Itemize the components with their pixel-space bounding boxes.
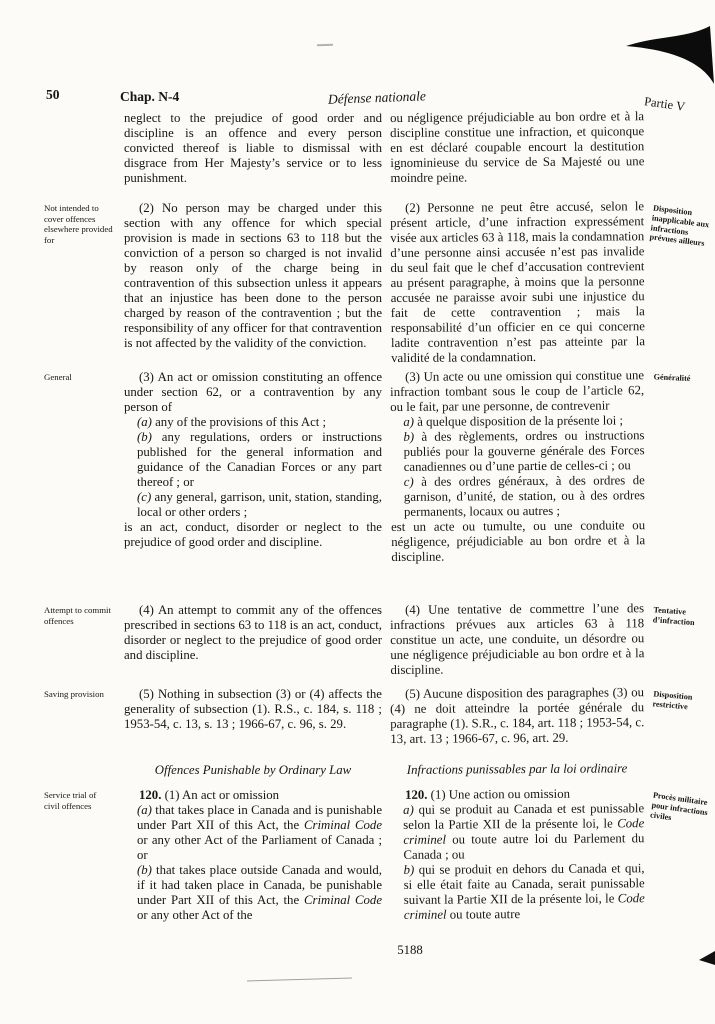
scan-line-artifact — [247, 978, 352, 982]
clause-b-fr: b) à des règlements, ordres ou instructi… — [390, 428, 644, 475]
paragraph-en: (4) An attempt to commit any of the offe… — [124, 603, 382, 663]
clause-marker: b) — [404, 863, 415, 877]
clause-marker: (a) — [137, 803, 152, 817]
scan-dash-artifact — [317, 44, 333, 47]
clause-a-fr: a) à quelque disposition de la présente … — [390, 413, 644, 430]
margin-note-right — [650, 111, 712, 186]
clause-b-fr: b) qui se produit en dehors du Canada et… — [391, 861, 645, 923]
margin-note-left: Not intended to cover offences elsewhere… — [44, 201, 124, 366]
clause-text: or any other Act of the Parliament of Ca… — [137, 833, 382, 862]
crossheading-fr: Infractions punissables par la loi ordin… — [390, 761, 644, 778]
header-chapter: Chap. N-4 — [120, 89, 179, 105]
margin-note-left: Saving provision — [44, 687, 124, 747]
section-lead-text: (1) An act or omission — [165, 788, 279, 802]
cited-act-title: Criminal Code — [304, 893, 382, 907]
clause-a-en: (a) that takes place in Canada and is pu… — [124, 803, 382, 863]
section-number: 120. — [139, 788, 161, 802]
crossheading-en: Offences Punishable by Ordinary Law — [124, 763, 382, 778]
paragraph-fr: (2) Personne ne peut être accusé, selon … — [390, 199, 645, 366]
clause-b-en: (b) that takes place outside Canada and … — [124, 863, 382, 923]
scanned-statute-page: 50 Chap. N-4 Défense nationale Partie V … — [0, 0, 715, 1024]
subsection-2: Not intended to cover offences elsewhere… — [44, 201, 712, 366]
clause-b-en: (b) any regulations, orders or instructi… — [124, 430, 382, 490]
paragraph-en: (2) No person may be charged under this … — [124, 201, 382, 351]
clause-text: ou toute autre — [450, 907, 520, 921]
clause-text: à quelque disposition de la présente loi… — [417, 413, 623, 428]
clause-marker: c) — [404, 475, 414, 489]
clause-a-en: (a) any of the provisions of this Act ; — [124, 415, 382, 430]
clause-text: any general, garrison, unit, station, st… — [137, 490, 382, 519]
section-lead-text: (1) Une action ou omission — [431, 787, 570, 802]
section-number: 120. — [405, 788, 428, 802]
crossheading: Offences Punishable by Ordinary Law Infr… — [44, 763, 712, 778]
document-body: neglect to the prejudice of good order a… — [44, 111, 712, 923]
clause-a-fr: a) qui se produit au Canada et est punis… — [390, 801, 644, 863]
margin-note-right: Tentative d’infraction — [645, 603, 712, 682]
subsection-3: General (3) An act or omission constitut… — [44, 370, 712, 565]
section-lead-fr: 120. (1) Une action ou omission — [390, 786, 644, 803]
margin-note-left — [44, 111, 124, 186]
paragraph-fr-intro: (3) Un acte ou une omission qui constitu… — [390, 368, 644, 415]
scan-edge-mark — [699, 951, 715, 965]
subsection-5: Saving provision (5) Nothing in subsecti… — [44, 687, 712, 747]
paragraph-en: (5) Nothing in subsection (3) or (4) aff… — [124, 687, 382, 732]
margin-note-left: Attempt to commit offences — [44, 603, 124, 678]
paragraph-fr: ou négligence préjudiciable au bon ordre… — [390, 109, 645, 186]
clause-c-en: (c) any general, garrison, unit, station… — [124, 490, 382, 520]
margin-note-left: Service trial of civil offences — [44, 788, 124, 923]
scan-corner-fold-mark — [618, 22, 715, 106]
clause-marker: (b) — [137, 863, 152, 877]
paragraph-fr-outro: est un acte ou tumulte, ou une conduite … — [391, 518, 645, 565]
margin-note-right: Disposition restrictive — [645, 687, 712, 752]
subsection-4: Attempt to commit offences (4) An attemp… — [44, 603, 712, 678]
paragraph-fr: (4) Une tentative de commettre l’une des… — [390, 601, 645, 678]
paragraph-en-outro: is an act, conduct, disorder or neglect … — [124, 520, 382, 550]
cited-act-title: Criminal Code — [304, 818, 382, 832]
paragraph-en: neglect to the prejudice of good order a… — [124, 111, 382, 186]
clause-marker: (c) — [137, 490, 151, 504]
header-running-title: Défense nationale — [328, 88, 426, 107]
margin-note-left — [44, 763, 124, 778]
clause-text: à des ordres généraux, à des ordres de g… — [404, 473, 645, 519]
clause-marker: (a) — [137, 415, 152, 429]
clause-text: à des règlements, ordres ou instructions… — [404, 428, 645, 474]
section-62-continuation: neglect to the prejudice of good order a… — [44, 111, 712, 186]
paragraph-en-intro: (3) An act or omission constituting an o… — [124, 370, 382, 415]
margin-note-left: General — [44, 370, 124, 565]
margin-note-right: Généralité — [640, 370, 712, 568]
page-folio-number: 5188 — [375, 943, 445, 958]
clause-marker: a) — [403, 803, 414, 817]
header-page-number: 50 — [46, 87, 60, 103]
clause-marker: (b) — [137, 430, 152, 444]
section-lead-en: 120. (1) An act or omission — [124, 788, 382, 803]
clause-text: qui se produit au Canada et est punissab… — [403, 801, 644, 832]
clause-text: any regulations, orders or instructions … — [137, 430, 382, 489]
paragraph-fr: (5) Aucune disposition des paragraphes (… — [390, 685, 644, 747]
clause-marker: b) — [403, 430, 414, 444]
clause-text: any of the provisions of this Act ; — [155, 415, 326, 429]
section-120: Service trial of civil offences 120. (1)… — [44, 788, 712, 923]
margin-note-right — [650, 763, 712, 778]
clause-marker: a) — [403, 415, 414, 429]
clause-c-fr: c) à des ordres généraux, à des ordres d… — [391, 473, 645, 520]
clause-text: qui se produit en dehors du Canada et qu… — [404, 861, 645, 907]
clause-text: or any other Act of the — [137, 908, 253, 922]
